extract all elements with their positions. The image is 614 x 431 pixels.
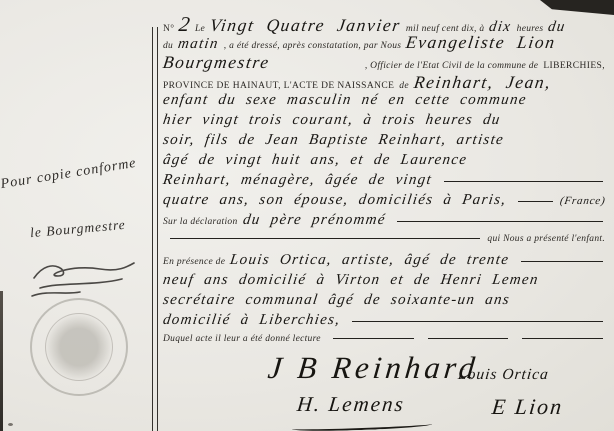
handwritten-text: quatre ans, son épouse, domiciliés à Par… bbox=[162, 192, 508, 209]
handwritten-text: âgé de vingt huit ans, et de Laurence bbox=[162, 152, 469, 169]
act-line: En présence deLouis Ortica, artiste, âgé… bbox=[163, 252, 610, 272]
handwritten-text: neuf ans domicilié à Virton et de Henri … bbox=[162, 272, 540, 289]
act-line: Duquel acte il leur a été donné lecture bbox=[163, 332, 610, 352]
handwritten-dash bbox=[518, 193, 552, 202]
photo-edge-line bbox=[0, 291, 3, 431]
handwritten-text: matin bbox=[177, 36, 220, 53]
act-body: N°2LeVingt Quatre Janviermil neuf cent d… bbox=[163, 12, 610, 352]
printed-form-text: N° bbox=[163, 24, 174, 34]
handwritten-dash bbox=[428, 330, 509, 339]
act-line: hier vingt trois courant, à trois heures… bbox=[163, 112, 610, 132]
act-line: soir, fils de Jean Baptiste Reinhart, ar… bbox=[163, 132, 610, 152]
handwritten-text: soir, fils de Jean Baptiste Reinhart, ar… bbox=[162, 132, 505, 149]
handwritten-text: (France) bbox=[559, 195, 606, 207]
handwritten-dash bbox=[522, 330, 603, 339]
handwritten-dash bbox=[444, 173, 603, 182]
act-line: enfant du sexe masculin né en cette comm… bbox=[163, 92, 610, 112]
handwritten-dash bbox=[521, 253, 603, 262]
handwritten-text: Bourgmestre bbox=[162, 52, 272, 73]
printed-form-text: , a été dressé, après constatation, par … bbox=[224, 41, 402, 51]
handwritten-text: enfant du sexe masculin né en cette comm… bbox=[162, 92, 528, 109]
handwritten-dash bbox=[170, 230, 480, 239]
handwritten-dash bbox=[333, 330, 414, 339]
handwritten-text: Reinhart, Jean, bbox=[412, 72, 552, 93]
act-line: secrétaire communal âgé de soixante-un a… bbox=[163, 292, 610, 312]
act-line: neuf ans domicilié à Virton et de Henri … bbox=[163, 272, 610, 292]
act-line: Reinhart, ménagère, âgée de vingt bbox=[163, 172, 610, 192]
act-line: âgé de vingt huit ans, et de Laurence bbox=[163, 152, 610, 172]
handwritten-dash bbox=[397, 213, 603, 222]
handwritten-dash bbox=[352, 313, 603, 322]
mayor-signature-flourish bbox=[24, 246, 142, 304]
printed-form-text: , Officier de l'Etat Civil de la commune… bbox=[365, 61, 539, 71]
signature-underline-flourish bbox=[292, 421, 432, 431]
handwritten-text: domicilié à Liberchies, bbox=[162, 312, 342, 329]
act-line: Sur la déclarationdu père prénommé bbox=[163, 212, 610, 232]
printed-form-text: de bbox=[399, 81, 409, 91]
commune-seal-inner-ring bbox=[45, 313, 113, 381]
printed-form-text: qui Nous a présenté l'enfant. bbox=[487, 234, 605, 244]
commune-seal-stamp bbox=[30, 298, 128, 396]
margin-note-mayor-title: le Bourgmestre bbox=[29, 217, 126, 241]
act-line: N°2LeVingt Quatre Janviermil neuf cent d… bbox=[163, 12, 610, 32]
paper-speck bbox=[8, 423, 13, 426]
handwritten-text: du père prénommé bbox=[241, 212, 386, 229]
signature-secretary-lemens: H. Lemens bbox=[296, 392, 406, 417]
document-photo: Pour copie conforme le Bourgmestre N°2Le… bbox=[0, 0, 614, 431]
printed-form-text: Sur la déclaration bbox=[163, 217, 238, 227]
printed-form-text: du bbox=[163, 41, 173, 51]
handwritten-text: hier vingt trois courant, à trois heures… bbox=[162, 112, 502, 129]
printed-form-text: En présence de bbox=[163, 257, 225, 267]
form-margin-rule bbox=[152, 27, 158, 431]
signature-mayor-lion: E Lion bbox=[491, 394, 565, 420]
act-line: qui Nous a présenté l'enfant. bbox=[163, 232, 610, 252]
handwritten-text: Vingt Quatre Janvier bbox=[209, 15, 403, 36]
handwritten-text: Louis Ortica, artiste, âgé de trente bbox=[229, 252, 511, 269]
printed-form-text: Duquel acte il leur a été donné lecture bbox=[163, 334, 321, 344]
act-line: quatre ans, son épouse, domiciliés à Par… bbox=[163, 192, 610, 212]
printed-form-text: PROVINCE DE HAINAUT, L'ACTE DE NAISSANCE bbox=[163, 81, 394, 91]
act-line: Bourgmestre, Officier de l'Etat Civil de… bbox=[163, 52, 610, 72]
act-line: PROVINCE DE HAINAUT, L'ACTE DE NAISSANCE… bbox=[163, 72, 610, 92]
margin-note-copy: Pour copie conforme bbox=[0, 153, 155, 193]
handwritten-text: Evangeliste Lion bbox=[405, 32, 558, 53]
handwritten-text: Reinhart, ménagère, âgée de vingt bbox=[162, 172, 433, 189]
printed-form-text: LIBERCHIES, bbox=[543, 61, 605, 71]
printed-form-text: Le bbox=[195, 24, 205, 34]
act-line: domicilié à Liberchies, bbox=[163, 312, 610, 332]
signature-father-reinhard: J B Reinhard bbox=[266, 350, 480, 386]
signature-witness-ortica: Louis Ortica bbox=[457, 366, 550, 384]
handwritten-text: secrétaire communal âgé de soixante-un a… bbox=[162, 292, 511, 309]
